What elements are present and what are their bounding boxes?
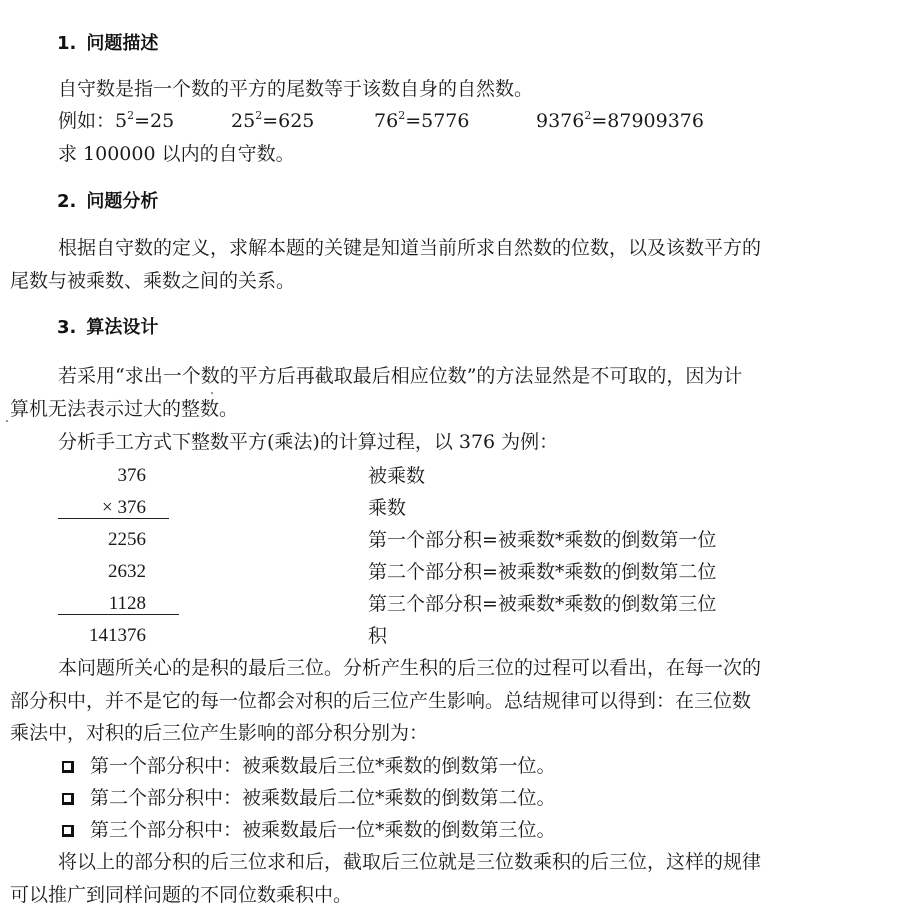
- calculation-intro: 分析手工方式下整数平方(乘法)的计算过程，以 376 为例：: [58, 430, 558, 454]
- partial-product-3-label: 第三个部分积=被乘数*乘数的倒数第三位: [368, 592, 716, 616]
- bullet-text: 第三个部分积中：被乘数最后一位*乘数的倒数第三位。: [90, 819, 556, 841]
- section-2-heading: 2.问题分析: [57, 190, 158, 214]
- example-1: 52=25: [115, 109, 174, 133]
- checkbox-bullet-icon: [62, 825, 74, 837]
- section-number: 2.: [57, 191, 76, 212]
- paragraph-line: 根据自守数的定义，求解本题的关键是知道当前所求自然数的位数，以及该数平方的: [58, 236, 761, 260]
- partial-sum-rule: [58, 614, 179, 615]
- multiplier: × 376: [60, 496, 146, 520]
- paragraph-line: 部分积中，并不是它的每一位都会对积的后三位产生影响。总结规律可以得到：在三位数: [10, 689, 751, 713]
- checkbox-bullet-icon: [62, 761, 74, 773]
- multiplicand-label: 被乘数: [368, 464, 425, 488]
- partial-product-3: 1128: [60, 592, 146, 616]
- section-title: 问题描述: [86, 33, 158, 54]
- paragraph-line: 乘法中，对积的后三位产生影响的部分积分别为：: [10, 721, 428, 745]
- paragraph-line: 将以上的部分积的后三位求和后，截取后三位就是三位数乘积的后三位，这样的规律: [58, 850, 761, 874]
- example-4: 93762=87909376: [536, 109, 704, 133]
- paragraph-line: 可以推广到同样问题的不同位数乘积中。: [10, 883, 352, 907]
- section-1-heading: 1.问题描述: [57, 32, 158, 56]
- section-3-heading: 3.算法设计: [57, 316, 158, 340]
- multiplier-label: 乘数: [368, 496, 406, 520]
- paragraph-line: 若采用“求出一个数的平方后再截取最后相应位数”的方法显然是不可取的，因为计: [58, 364, 742, 388]
- definition-text: 自守数是指一个数的平方的尾数等于该数自身的自然数。: [58, 77, 533, 101]
- checkbox-bullet-icon: [62, 793, 74, 805]
- partial-product-1-label: 第一个部分积=被乘数*乘数的倒数第一位: [368, 528, 716, 552]
- task-text: 求 100000 以内的自守数。: [58, 142, 295, 166]
- scan-speck: [6, 420, 8, 422]
- example-2: 252=625: [231, 109, 314, 133]
- bullet-item: 第一个部分积中：被乘数最后三位*乘数的倒数第一位。: [62, 754, 556, 778]
- paragraph-line: 本问题所关心的是积的最后三位。分析产生积的后三位的过程可以看出，在每一次的: [58, 656, 761, 680]
- example-3: 762=5776: [374, 109, 469, 133]
- section-number: 1.: [57, 33, 76, 54]
- bullet-text: 第一个部分积中：被乘数最后三位*乘数的倒数第一位。: [90, 755, 556, 777]
- paragraph-line: 算机无法表示过大的整数。: [10, 397, 238, 421]
- examples-line: 例如：52=25 252=625 762=5776 93762=87909376: [58, 109, 908, 133]
- product-label: 积: [368, 624, 387, 648]
- bullet-item: 第三个部分积中：被乘数最后一位*乘数的倒数第三位。: [62, 818, 556, 842]
- bullet-text: 第二个部分积中：被乘数最后二位*乘数的倒数第二位。: [90, 787, 556, 809]
- scan-speck: [211, 392, 213, 394]
- section-title: 问题分析: [86, 191, 158, 212]
- partial-product-1: 2256: [60, 528, 146, 552]
- partial-product-2-label: 第二个部分积=被乘数*乘数的倒数第二位: [368, 560, 716, 584]
- section-number: 3.: [57, 317, 76, 338]
- examples-prefix: 例如：: [58, 110, 115, 132]
- product: 141376: [60, 624, 146, 648]
- section-title: 算法设计: [86, 317, 158, 338]
- multiplicand: 376: [60, 464, 146, 488]
- multiplier-rule: [58, 518, 169, 519]
- partial-product-2: 2632: [60, 560, 146, 584]
- bullet-item: 第二个部分积中：被乘数最后二位*乘数的倒数第二位。: [62, 786, 556, 810]
- paragraph-line: 尾数与被乘数、乘数之间的关系。: [10, 269, 295, 293]
